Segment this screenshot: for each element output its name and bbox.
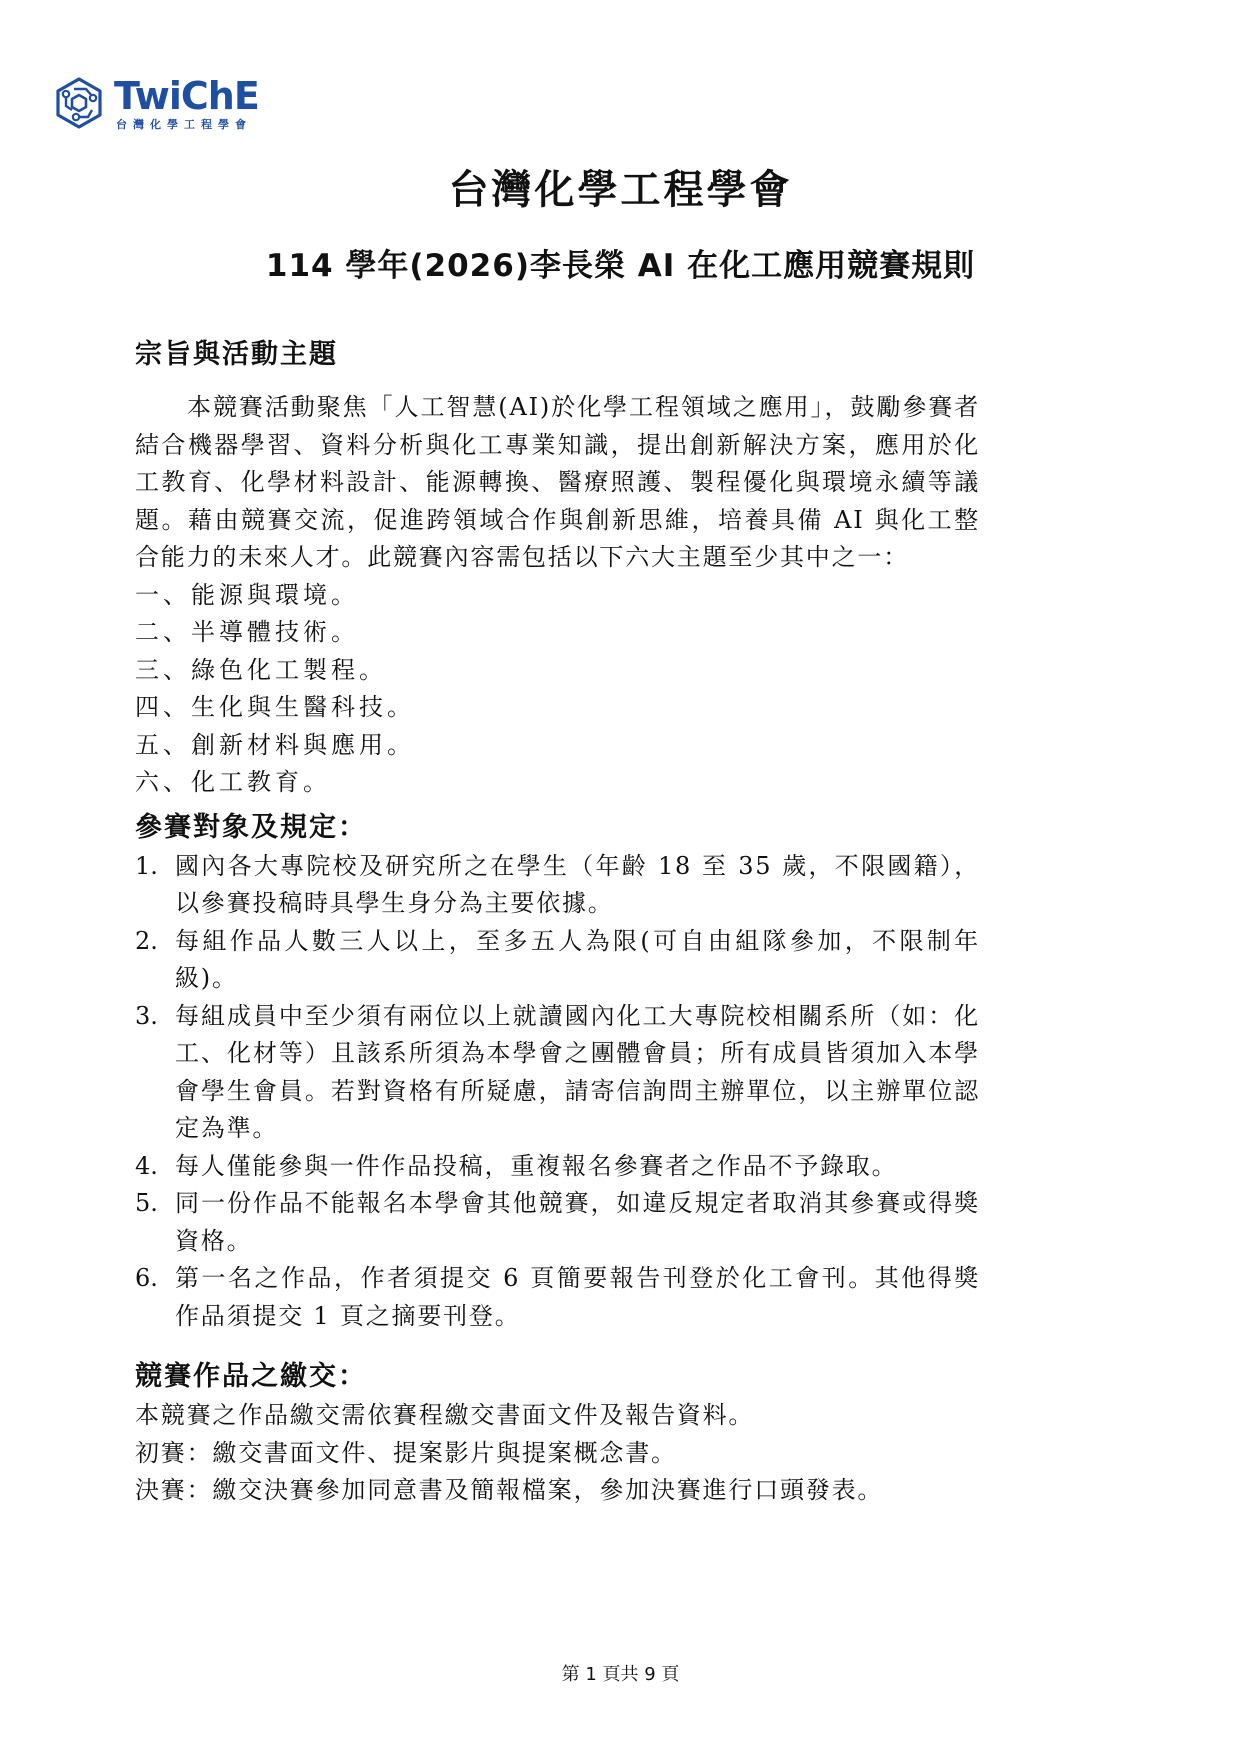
rule-number: 5. — [135, 1185, 175, 1260]
organization-title: 台灣化學工程學會 — [0, 158, 1241, 215]
theme-item: 六、化工教育。 — [135, 764, 980, 802]
document-title: 114 學年(2026)李長榮 AI 在化工應用競賽規則 — [0, 240, 1241, 285]
rule-text: 第一名之作品，作者須提交 6 頁簡要報告刊登於化工會刊。其他得獎作品須提交 1 … — [175, 1260, 980, 1335]
twiche-logo: TwiChE 台灣化學工程學會 — [52, 72, 262, 134]
logo-wordmark: TwiChE — [114, 77, 259, 115]
document-body: 宗旨與活動主題 本競賽活動聚焦「人工智慧(AI)於化學工程領域之應用」，鼓勵參賽… — [135, 335, 980, 1510]
hexagon-molecule-icon — [52, 76, 106, 130]
rule-text: 同一份作品不能報名本學會其他競賽，如違反規定者取消其參賽或得獎資格。 — [175, 1185, 980, 1260]
submission-line-preliminary: 初賽：繳交書面文件、提案影片與提案概念書。 — [135, 1435, 980, 1473]
page-number: 第 1 頁共 9 頁 — [0, 1660, 1241, 1686]
rule-number: 4. — [135, 1148, 175, 1186]
rule-item: 1. 國內各大專院校及研究所之在學生（年齡 18 至 35 歲，不限國籍），以參… — [135, 848, 980, 923]
rule-text: 每組成員中至少須有兩位以上就讀國內化工大專院校相關系所（如：化工、化材等）且該系… — [175, 998, 980, 1148]
theme-list: 一、能源與環境。 二、半導體技術。 三、綠色化工製程。 四、生化與生醫科技。 五… — [135, 577, 980, 802]
rule-item: 5. 同一份作品不能報名本學會其他競賽，如違反規定者取消其參賽或得獎資格。 — [135, 1185, 980, 1260]
rule-item: 4. 每人僅能參與一件作品投稿，重複報名參賽者之作品不予錄取。 — [135, 1148, 980, 1186]
theme-item: 四、生化與生醫科技。 — [135, 689, 980, 727]
rule-number: 6. — [135, 1260, 175, 1335]
submission-line: 本競賽之作品繳交需依賽程繳交書面文件及報告資料。 — [135, 1397, 980, 1435]
rule-text: 每人僅能參與一件作品投稿，重複報名參賽者之作品不予錄取。 — [175, 1148, 980, 1186]
document-page: TwiChE 台灣化學工程學會 台灣化學工程學會 114 學年(2026)李長榮… — [0, 0, 1241, 1755]
rule-number: 1. — [135, 848, 175, 923]
rule-text: 國內各大專院校及研究所之在學生（年齡 18 至 35 歲，不限國籍），以參賽投稿… — [175, 848, 980, 923]
rule-item: 3. 每組成員中至少須有兩位以上就讀國內化工大專院校相關系所（如：化工、化材等）… — [135, 998, 980, 1148]
eligibility-rule-list: 1. 國內各大專院校及研究所之在學生（年齡 18 至 35 歲，不限國籍），以參… — [135, 848, 980, 1336]
rule-item: 6. 第一名之作品，作者須提交 6 頁簡要報告刊登於化工會刊。其他得獎作品須提交… — [135, 1260, 980, 1335]
rule-number: 3. — [135, 998, 175, 1148]
logo-subtitle: 台灣化學工程學會 — [116, 119, 259, 130]
theme-item: 五、創新材料與應用。 — [135, 727, 980, 765]
submission-line-final: 決賽：繳交決賽參加同意書及簡報檔案，參加決賽進行口頭發表。 — [135, 1472, 980, 1510]
rule-text: 每組作品人數三人以上，至多五人為限(可自由組隊參加，不限制年級)。 — [175, 923, 980, 998]
section-heading-submission: 競賽作品之繳交： — [135, 1357, 980, 1397]
section-heading-eligibility: 參賽對象及規定： — [135, 808, 980, 848]
theme-item: 三、綠色化工製程。 — [135, 652, 980, 690]
rule-item: 2. 每組作品人數三人以上，至多五人為限(可自由組隊參加，不限制年級)。 — [135, 923, 980, 998]
theme-item: 一、能源與環境。 — [135, 577, 980, 615]
section-heading-purpose: 宗旨與活動主題 — [135, 335, 980, 375]
rule-number: 2. — [135, 923, 175, 998]
theme-item: 二、半導體技術。 — [135, 614, 980, 652]
purpose-paragraph: 本競賽活動聚焦「人工智慧(AI)於化學工程領域之應用」，鼓勵參賽者結合機器學習、… — [135, 389, 980, 577]
